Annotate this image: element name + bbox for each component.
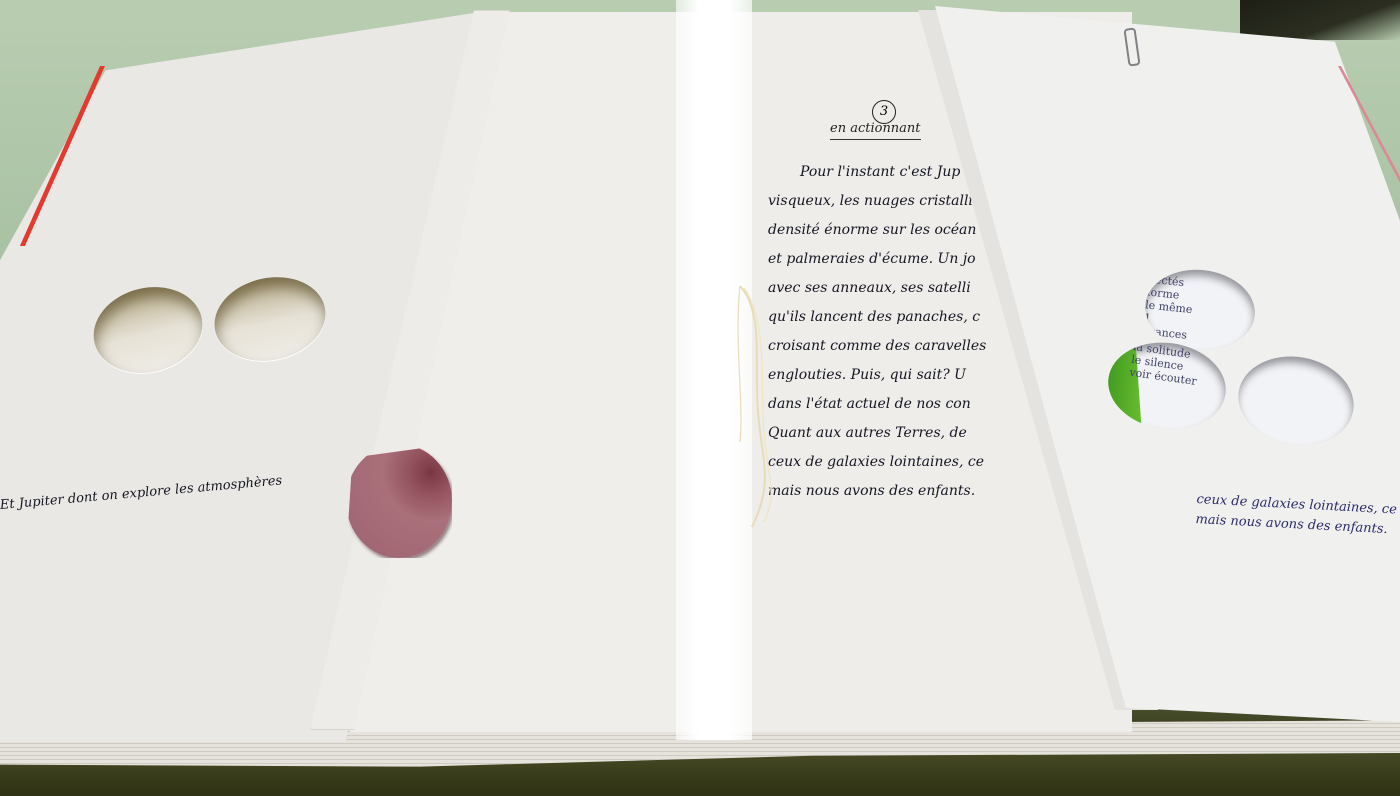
- manuscript-title: en actionnant: [830, 121, 921, 140]
- binding-thread: [734, 282, 790, 532]
- dark-background-corner: [1240, 0, 1400, 40]
- manuscript-text: Pour l'instant c'est Jup visqueux, les n…: [768, 158, 986, 506]
- photo-scene: Et Jupiter dont on explore les atmosphèr…: [0, 0, 1400, 796]
- wax-seal: [346, 444, 452, 558]
